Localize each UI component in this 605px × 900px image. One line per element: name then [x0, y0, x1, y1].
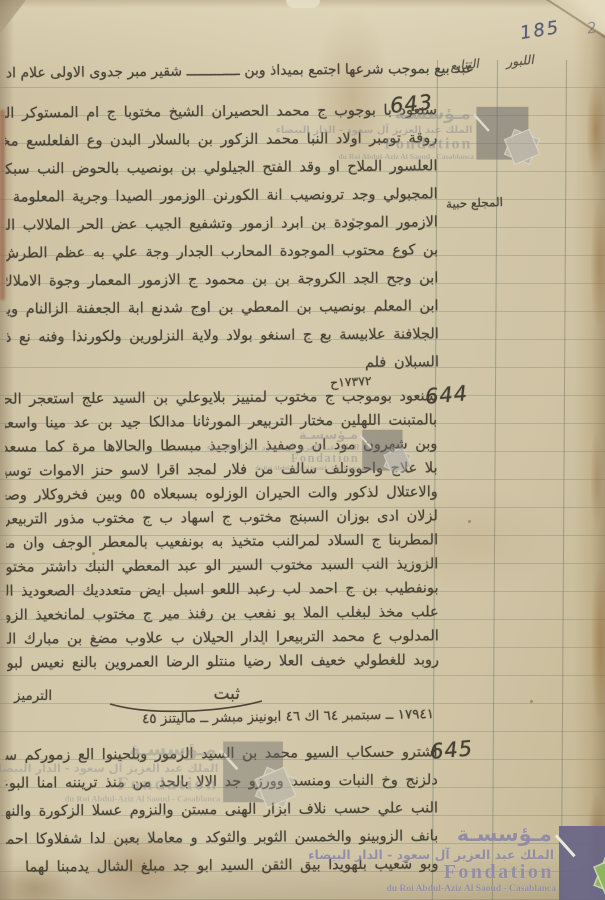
margin-note: المجلع حبية	[446, 195, 503, 211]
handwritten-line: السبلان فلم	[7, 348, 439, 379]
handwritten-line: الجلافنة علابيسة بع ج اسنغو بولاد ولاية …	[7, 320, 439, 351]
watermark-org-name-french: du Roi Abdul-Aziz Al Saoud - Casablanca	[338, 153, 474, 161]
foundation-watermark-stamp: مـؤسسـة الملك عبد العزيز آل سعود - الدار…	[298, 102, 524, 166]
foundation-watermark-stamp: مـؤسسـة الملك عبد العزيز آل سعود - الدار…	[336, 820, 605, 900]
handwritten-line: روبد للغطولي خعيف العلا رضيا منتلو الرضا…	[7, 648, 439, 675]
foundation-watermark-stamp: مـؤسسـة الملك عبد العزيز آل سعود - الدار…	[18, 736, 277, 810]
handwritten-line: المطربنا ج السلاد لمرالنب متخيذ به بونفع…	[6, 528, 438, 555]
header-handwritten-line: عبد بيع بموجب شرعها اجتمع بميداذ وبن ـــ…	[4, 54, 474, 89]
handwritten-line: ابن المعلم بونصيب بن المعطي بن اوج شدنع …	[6, 292, 438, 323]
watermark-org-name-arabic: الملك عبد العزيز آل سعود - الدار البيضاء	[0, 761, 219, 775]
foundation-watermark-stamp: مـؤسسـة الملك عبد العزيز آل سعود - الدار…	[224, 426, 399, 476]
watermark-org-name-arabic-large: مـؤسسـة	[457, 822, 552, 846]
handwritten-line: بن كوع محتوب الموجودة المحارب الجدار وجة…	[6, 236, 438, 267]
watermark-org-name-french: du Roi Abdul-Aziz Al Saoud - Casablanca	[64, 795, 220, 804]
watermark-org-name-french: du Roi Abdul-Aziz Al Saoud - Casablanca	[387, 884, 556, 894]
handwritten-line: المدلوب ع محمد التربيعرا الدار الحيلان ب…	[7, 624, 439, 651]
ink-speck	[530, 700, 533, 703]
handwritten-line: والاعتلال لذكور والت الحيران الوزلوه بسب…	[6, 480, 438, 507]
watermark-org-name-arabic-large: مـؤسسـة	[299, 427, 358, 442]
column-label-left: التتابع	[449, 56, 479, 73]
watermark-org-name-arabic: الملك عبد العزيز آل سعود - الدار البيضاء	[308, 847, 554, 862]
watermark-org-title-french: Fondation	[444, 861, 554, 884]
watermark-square-logo	[559, 826, 605, 900]
watermark-org-title-french: Fondation	[384, 135, 472, 153]
manuscript-page: 185 2 عبد بيع بموجب شرعها اجتمع بميداذ و…	[0, 0, 605, 900]
watermark-org-title-french: Fondation	[291, 451, 359, 465]
handwritten-line: لزلان ادى بوزان السبنج مختوب ج اسهاد ب ج…	[6, 504, 438, 531]
handwritten-line: سنعود بوموجب ج مختوب لمنييز بلايوعلي بن …	[5, 384, 437, 411]
closing-word: الترميز	[14, 688, 52, 704]
ink-speck	[468, 520, 471, 523]
watermark-org-name-french: du Roi Abdul-Aziz Al Saoud - Casablanca	[255, 466, 360, 472]
watermark-org-name-arabic-large: مـؤسسـة	[395, 104, 471, 123]
handwritten-line: بونفطيب بن ج احمد لب رعبد اللعو اسبل ايض…	[6, 576, 438, 603]
torn-page-edge	[574, 0, 605, 900]
top-edge-tear	[286, 0, 320, 8]
folio-number: 185	[519, 17, 562, 44]
handwritten-line: المجبولي وجد ترونصيب انة الكورنن الوزمور…	[6, 180, 438, 211]
handwritten-line: الازمور الموجودة بن ابرد ازمور وتشفيع ال…	[6, 208, 438, 239]
column-label-right: اللبور	[505, 52, 534, 69]
handwritten-line: ابن وجح الجد الكروجة بن بن محمود ج الازم…	[6, 264, 438, 295]
handwritten-line: الزوزيذ النب السبد مختوب السير الو عبد ا…	[6, 552, 438, 579]
handwritten-line: علب مخذ لبغلب الملا بو نفعب بن رفنذ مير …	[7, 600, 439, 627]
watermark-org-name-arabic-large: مـؤسسـة	[129, 738, 217, 760]
watermark-org-name-arabic: الملك عبد العزيز آل سعود - الدار البيضاء	[276, 124, 473, 136]
top-left-corner-wear	[0, 0, 26, 34]
watermark-org-title-french: Fondation	[117, 774, 218, 795]
